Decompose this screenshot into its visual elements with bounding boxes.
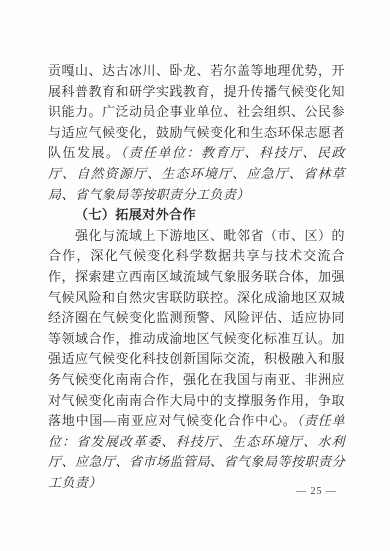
body-text: 贡嘎山、达古冰川、卧龙、若尔盖等地理优势，开展科普教育和研学实践教育，提升传播气… bbox=[48, 61, 345, 493]
document-page: 贡嘎山、达古冰川、卧龙、若尔盖等地理优势，开展科普教育和研学实践教育，提升传播气… bbox=[0, 0, 390, 551]
text-segment: 强化与流域上下游地区、毗邻省（市、区）的合作，深化气候变化科学数据共享与技术交流… bbox=[48, 228, 345, 428]
paragraph: 贡嘎山、达古冰川、卧龙、若尔盖等地理优势，开展科普教育和研学实践教育，提升传播气… bbox=[48, 61, 345, 205]
page-number: — 25 — bbox=[296, 486, 337, 497]
paragraph: 强化与流域上下游地区、毗邻省（市、区）的合作，深化气候变化科学数据共享与技术交流… bbox=[48, 226, 345, 494]
section-heading: （七）拓展对外合作 bbox=[48, 205, 345, 226]
text-segment: （七）拓展对外合作 bbox=[75, 207, 196, 222]
